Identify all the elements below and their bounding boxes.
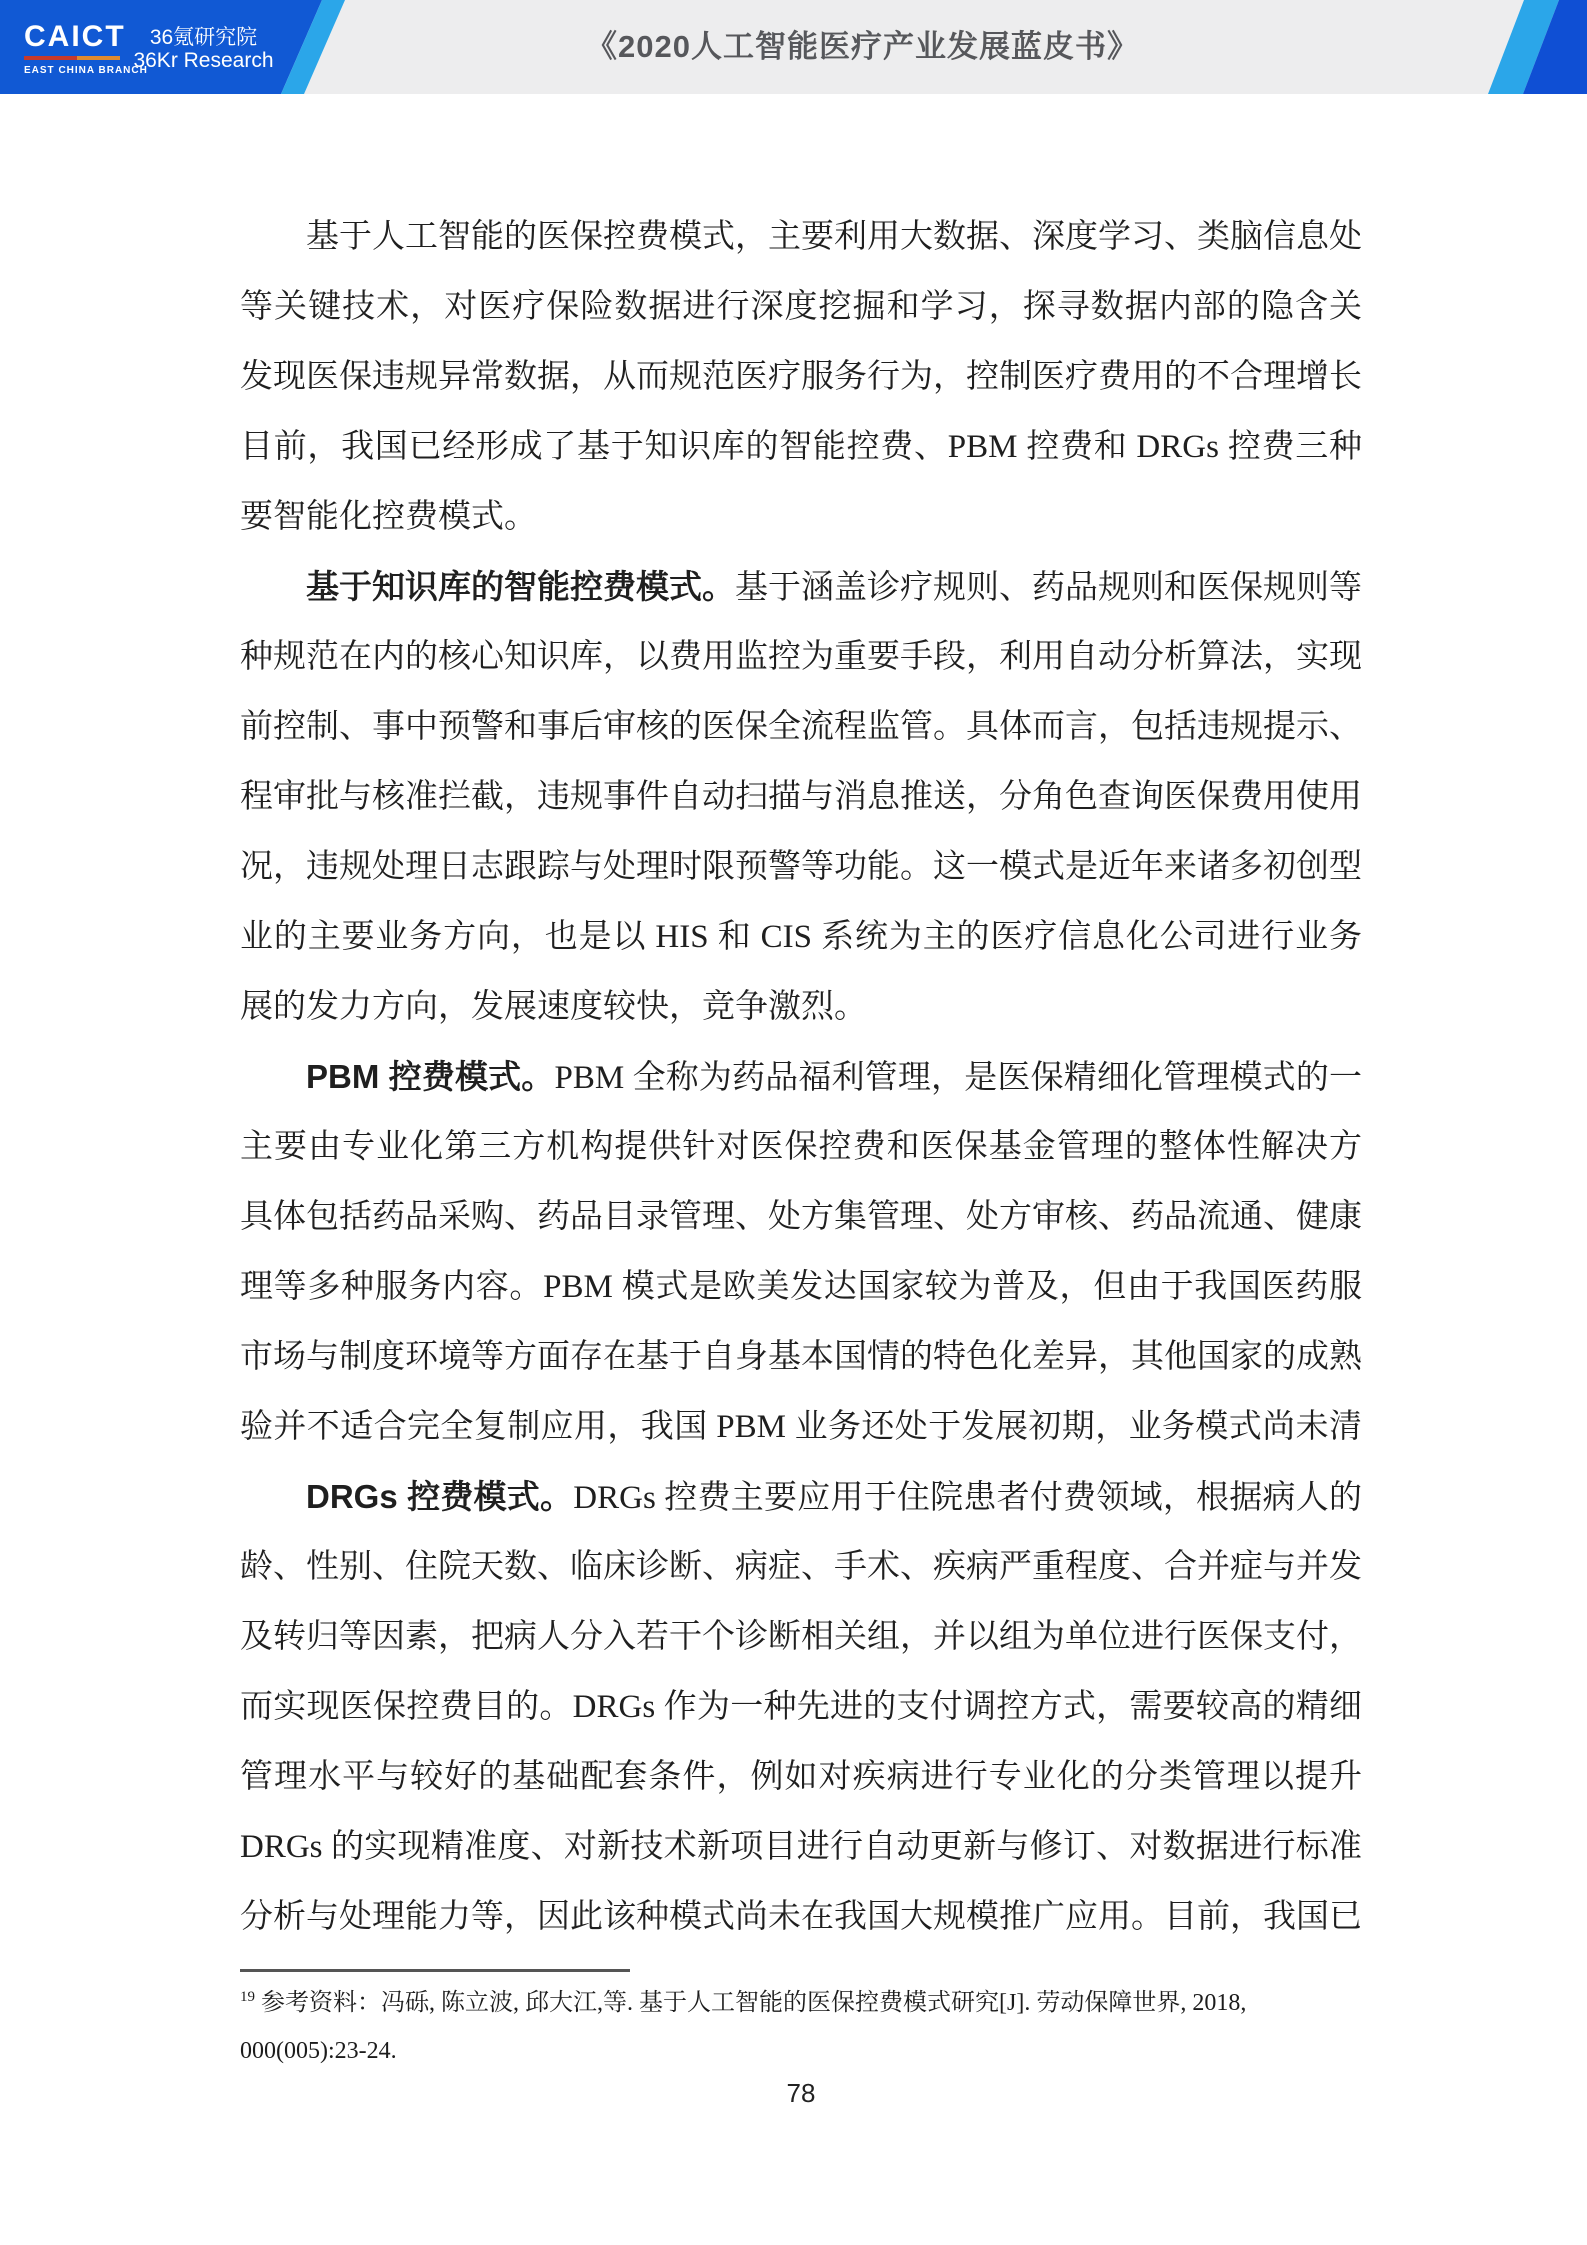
body-text-line: 市场与制度环境等方面存在基于自身基本国情的特色化差异，其他国家的成熟经	[240, 1322, 1362, 1392]
text-run: 前控制、事中预警和事后审核的医保全流程监管。具体而言，包括违规提示、流	[240, 709, 1362, 762]
text-run: 等关键技术，对医疗保险数据进行深度挖掘和学习，探寻数据内部的隐含关系，	[240, 289, 1362, 342]
body-text-line: 等关键技术，对医疗保险数据进行深度挖掘和学习，探寻数据内部的隐含关系，	[240, 272, 1362, 342]
body-text-line: 管理水平与较好的基础配套条件，例如对疾病进行专业化的分类管理以提升	[240, 1742, 1362, 1812]
footnote-line: 19参考资料：冯砾, 陈立波, 邱大江,等. 基于人工智能的医保控费模式研究[J…	[240, 1979, 1362, 2027]
body-text-line: 前控制、事中预警和事后审核的医保全流程监管。具体而言，包括违规提示、流	[240, 692, 1362, 762]
body-text-line: PBM 控费模式。PBM 全称为药品福利管理，是医保精细化管理模式的一种，	[240, 1042, 1362, 1112]
text-run: 分析与处理能力等，因此该种模式尚未在我国大规模推广应用。目前，我国已经	[240, 1899, 1362, 1952]
body-text-line: 种规范在内的核心知识库，以费用监控为重要手段，利用自动分析算法，实现事	[240, 622, 1362, 692]
text-run: 理等多种服务内容。PBM 模式是欧美发达国家较为普及，但由于我国医药服务	[240, 1269, 1362, 1322]
text-run: 基于人工智能的医保控费模式，主要利用大数据、深度学习、类脑信息处理	[240, 219, 1362, 272]
text-run: 验并不适合完全复制应用，我国 PBM 业务还处于发展初期，业务模式尚未清晰。	[240, 1409, 1362, 1462]
bold-run: PBM 控费模式。	[306, 1058, 554, 1095]
org-name-cn: 36氪研究院	[131, 26, 276, 49]
body-text-line: DRGs 的实现精准度、对新技术新项目进行自动更新与修订、对数据进行标准化	[240, 1812, 1362, 1882]
footnote-text: 参考资料：冯砾, 陈立波, 邱大江,等. 基于人工智能的医保控费模式研究[J].…	[261, 1990, 1246, 2016]
body-text-line: 基于知识库的智能控费模式。基于涵盖诊疗规则、药品规则和医保规则等多	[240, 552, 1362, 622]
body-text-line: 主要由专业化第三方机构提供针对医保控费和医保基金管理的整体性解决方案，	[240, 1112, 1362, 1182]
text-run: 况，违规处理日志跟踪与处理时限预警等功能。这一模式是近年来诸多初创型企	[240, 849, 1362, 902]
caict-logo-underline	[24, 56, 120, 60]
caict-logo-branch-label: EAST CHINA BRANCH	[24, 65, 148, 76]
page-number: 78	[240, 2078, 1362, 2109]
text-run: 展的发力方向，发展速度较快，竞争激烈。	[240, 989, 867, 1025]
text-run: 主要由专业化第三方机构提供针对医保控费和医保基金管理的整体性解决方案，	[240, 1129, 1362, 1182]
text-run: 管理水平与较好的基础配套条件，例如对疾病进行专业化的分类管理以提升	[240, 1759, 1362, 1795]
text-run: 目前，我国已经形成了基于知识库的智能控费、PBM 控费和 DRGs 控费三种主	[240, 429, 1362, 482]
body-text-line: 基于人工智能的医保控费模式，主要利用大数据、深度学习、类脑信息处理	[240, 202, 1362, 272]
body-text-line: 验并不适合完全复制应用，我国 PBM 业务还处于发展初期，业务模式尚未清晰。	[240, 1392, 1362, 1462]
text-run: 及转归等因素，把病人分入若干个诊断相关组，并以组为单位进行医保支付，从	[240, 1619, 1362, 1672]
footnote-text: 000(005):23-24.	[240, 2038, 397, 2064]
footnote-marker: 19	[240, 1989, 255, 2005]
body-text-line: 龄、性别、住院天数、临床诊断、病症、手术、疾病严重程度、合并症与并发症	[240, 1532, 1362, 1602]
text-run: 要智能化控费模式。	[240, 499, 537, 535]
page-header: CAICT EAST CHINA BRANCH 36氪研究院 36Kr Rese…	[0, 0, 1587, 94]
text-run: DRGs 的实现精准度、对新技术新项目进行自动更新与修订、对数据进行标准化	[240, 1829, 1362, 1882]
report-page: CAICT EAST CHINA BRANCH 36氪研究院 36Kr Rese…	[0, 0, 1587, 2245]
bold-run: DRGs 控费模式。	[306, 1478, 573, 1515]
footnote-separator	[240, 1969, 630, 1972]
body-text-line: 目前，我国已经形成了基于知识库的智能控费、PBM 控费和 DRGs 控费三种主	[240, 412, 1362, 482]
caict-logo-wordmark: CAICT	[24, 22, 148, 52]
caict-logo: CAICT EAST CHINA BRANCH	[24, 22, 148, 76]
text-run: 业的主要业务方向，也是以 HIS 和 CIS 系统为主的医疗信息化公司进行业务拓	[240, 919, 1362, 972]
body-text-line: 分析与处理能力等，因此该种模式尚未在我国大规模推广应用。目前，我国已经	[240, 1882, 1362, 1952]
body-text-line: 具体包括药品采购、药品目录管理、处方集管理、处方审核、药品流通、健康管	[240, 1182, 1362, 1252]
text-run: 市场与制度环境等方面存在基于自身基本国情的特色化差异，其他国家的成熟经	[240, 1339, 1362, 1392]
text-run: 龄、性别、住院天数、临床诊断、病症、手术、疾病严重程度、合并症与并发症	[240, 1549, 1362, 1602]
text-run: 种规范在内的核心知识库，以费用监控为重要手段，利用自动分析算法，实现事	[240, 639, 1362, 692]
body-text-line: 展的发力方向，发展速度较快，竞争激烈。	[240, 972, 1362, 1042]
body-text-line: 而实现医保控费目的。DRGs 作为一种先进的支付调控方式，需要较高的精细化	[240, 1672, 1362, 1742]
org-name: 36氪研究院 36Kr Research	[131, 26, 276, 72]
body-text-line: 业的主要业务方向，也是以 HIS 和 CIS 系统为主的医疗信息化公司进行业务拓	[240, 902, 1362, 972]
text-run: 程审批与核准拦截，违规事件自动扫描与消息推送，分角色查询医保费用使用情	[240, 779, 1362, 832]
document-title: 《2020人工智能医疗产业发展蓝皮书》	[586, 0, 1139, 94]
bold-run: 基于知识库的智能控费模式。	[306, 568, 735, 605]
body-text-line: 况，违规处理日志跟踪与处理时限预警等功能。这一模式是近年来诸多初创型企	[240, 832, 1362, 902]
text-run: 而实现医保控费目的。DRGs 作为一种先进的支付调控方式，需要较高的精细化	[240, 1689, 1362, 1742]
text-run: 具体包括药品采购、药品目录管理、处方集管理、处方审核、药品流通、健康管	[240, 1199, 1362, 1252]
body-text-line: 理等多种服务内容。PBM 模式是欧美发达国家较为普及，但由于我国医药服务	[240, 1252, 1362, 1322]
document-body: 基于人工智能的医保控费模式，主要利用大数据、深度学习、类脑信息处理等关键技术，对…	[240, 202, 1362, 1952]
body-text-line: 发现医保违规异常数据，从而规范医疗服务行为，控制医疗费用的不合理增长19。	[240, 342, 1362, 412]
footnote-line: 000(005):23-24.	[240, 2027, 1362, 2075]
org-name-en: 36Kr Research	[131, 49, 276, 72]
text-run: 发现医保违规异常数据，从而规范医疗服务行为，控制医疗费用的不合理增长	[240, 359, 1362, 395]
body-text-line: 程审批与核准拦截，违规事件自动扫描与消息推送，分角色查询医保费用使用情	[240, 762, 1362, 832]
footnote: 19参考资料：冯砾, 陈立波, 邱大江,等. 基于人工智能的医保控费模式研究[J…	[240, 1979, 1362, 2075]
body-text-line: DRGs 控费模式。DRGs 控费主要应用于住院患者付费领域，根据病人的年	[240, 1462, 1362, 1532]
body-text-line: 要智能化控费模式。	[240, 482, 1362, 552]
body-text-line: 及转归等因素，把病人分入若干个诊断相关组，并以组为单位进行医保支付，从	[240, 1602, 1362, 1672]
